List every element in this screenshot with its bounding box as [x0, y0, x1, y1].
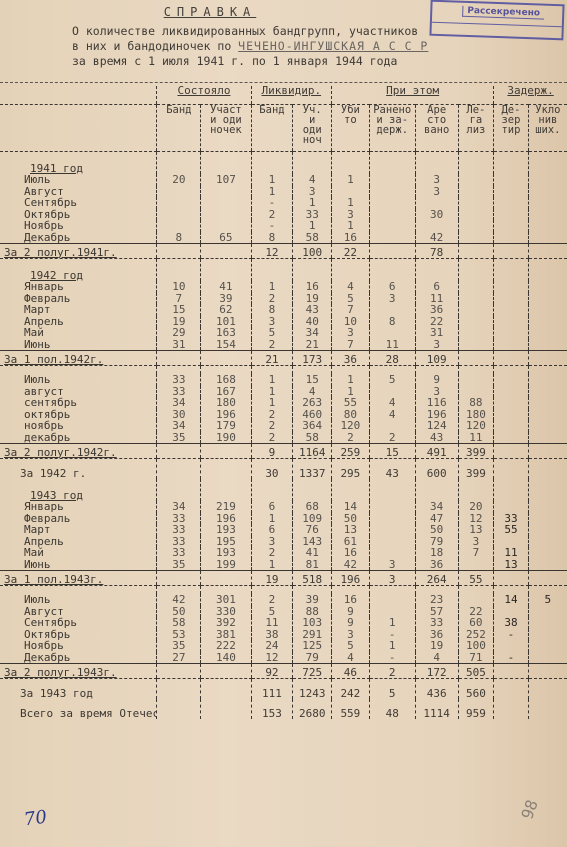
table-cell [528, 316, 567, 328]
table-cell: 55 [332, 397, 370, 409]
table-cell: 2 [251, 420, 293, 432]
table-cell [458, 479, 494, 501]
table-cell [415, 586, 458, 595]
column-header: Ле- га лиз [458, 105, 494, 152]
table-row: Август5033058895722 [0, 606, 567, 618]
table-cell: - [494, 652, 529, 664]
table-cell: 58 [157, 617, 201, 629]
table-cell: 15 [293, 374, 332, 386]
subtotal-row: За 1942 г.30133729543600399 [0, 459, 567, 480]
table-cell [201, 351, 251, 366]
table-cell: 196 [201, 513, 251, 525]
header-divider [0, 82, 567, 83]
table-row: Февраль33196110950471233 [0, 513, 567, 525]
row-label: За 1942 г. [0, 459, 157, 480]
table-cell: 13 [458, 524, 494, 536]
table-cell [369, 174, 415, 186]
table-cell: 8 [157, 232, 201, 244]
table-cell: 34 [157, 397, 201, 409]
table-cell: 1 [293, 197, 332, 209]
table-cell [369, 220, 415, 232]
table-cell [415, 220, 458, 232]
table-cell [494, 186, 529, 198]
table-row: Июнь311542217113 [0, 339, 567, 351]
table-cell: 55 [458, 571, 494, 586]
table-cell: 16 [332, 547, 370, 559]
table-cell: 4 [369, 397, 415, 409]
table-cell: 1 [332, 386, 370, 398]
table-cell [458, 259, 494, 282]
table-cell: 21 [251, 351, 293, 366]
table-cell [528, 664, 567, 679]
table-cell [369, 501, 415, 513]
table-cell: 20 [157, 174, 201, 186]
table-cell: 222 [201, 640, 251, 652]
table-cell [458, 281, 494, 293]
table-cell: 11 [458, 432, 494, 444]
year-heading-row: 1941 год [0, 152, 567, 175]
header-blank [0, 86, 157, 105]
table-cell [494, 220, 529, 232]
declassified-stamp-label: Рассекречено [462, 6, 544, 20]
table-cell: 36 [415, 629, 458, 641]
table-cell: 116 [415, 397, 458, 409]
table-cell [494, 409, 529, 421]
table-cell: 1243 [293, 679, 332, 700]
table-cell: 180 [458, 409, 494, 421]
table-cell: 3 [332, 209, 370, 221]
table-cell [201, 186, 251, 198]
table-row: Март1562843736 [0, 304, 567, 316]
table-cell [494, 244, 529, 259]
table-cell [293, 152, 332, 175]
table-cell [293, 259, 332, 282]
table-cell: 364 [293, 420, 332, 432]
table-cell: 29 [157, 327, 201, 339]
column-header: Уби то [332, 105, 370, 152]
table-cell: 109 [415, 351, 458, 366]
declassified-stamp: Рассекречено [429, 0, 564, 40]
table-cell [369, 259, 415, 282]
row-label: сентябрь [0, 397, 157, 409]
stamp-divider [432, 22, 562, 28]
table-cell [201, 366, 251, 375]
table-cell: 24 [251, 640, 293, 652]
table-row: Декабрь2714012794-471- [0, 652, 567, 664]
row-label: Декабрь [0, 232, 157, 244]
table-cell: 8 [251, 304, 293, 316]
table-cell: 88 [293, 606, 332, 618]
table-cell: 1337 [293, 459, 332, 480]
row-label: Октябрь [0, 629, 157, 641]
table-row: Июль423012391623145 [0, 594, 567, 606]
table-cell: 1 [251, 513, 293, 525]
table-cell [458, 366, 494, 375]
table-cell: 6 [251, 524, 293, 536]
table-cell: 190 [201, 432, 251, 444]
group-header-of-which: При этом [332, 86, 494, 105]
row-label: Август [0, 186, 157, 198]
table-row: Июль201071413 [0, 174, 567, 186]
table-cell [528, 679, 567, 700]
table-cell: 6 [369, 281, 415, 293]
table-cell [157, 197, 201, 209]
table-cell: 79 [293, 652, 332, 664]
table-cell [157, 664, 201, 679]
table-cell [494, 420, 529, 432]
table-row: Август133 [0, 186, 567, 198]
table-cell [458, 244, 494, 259]
table-cell: 109 [293, 513, 332, 525]
table-cell: 3 [332, 629, 370, 641]
row-label: Май [0, 547, 157, 559]
table-cell: 3 [369, 559, 415, 571]
table-row: Февраль7392195311 [0, 293, 567, 305]
table-cell: 34 [157, 501, 201, 513]
table-cell [528, 366, 567, 375]
subtotal-row: За 2 полуг.1942г.9116425915491399 [0, 444, 567, 459]
table-cell [458, 316, 494, 328]
table-cell [415, 152, 458, 175]
row-label: Октябрь [0, 209, 157, 221]
table-cell: 58 [293, 432, 332, 444]
table-cell [293, 586, 332, 595]
table-cell: 22 [332, 244, 370, 259]
table-cell [201, 244, 251, 259]
table-cell: 4 [332, 652, 370, 664]
table-cell [201, 197, 251, 209]
table-cell: 41 [293, 547, 332, 559]
table-cell: 92 [251, 664, 293, 679]
row-label: За 1943 год [0, 679, 157, 700]
table-cell: 14 [332, 501, 370, 513]
table-cell [458, 220, 494, 232]
table-cell: 120 [458, 420, 494, 432]
table-cell: 264 [415, 571, 458, 586]
table-cell: 242 [332, 679, 370, 700]
table-cell: 33 [157, 386, 201, 398]
subtitle-line-2-prefix: в них и бандодиночек по [72, 39, 238, 53]
column-header: Аре сто вано [415, 105, 458, 152]
table-cell: 28 [369, 351, 415, 366]
table-cell [369, 197, 415, 209]
table-cell: 15 [157, 304, 201, 316]
table-cell: 33 [293, 209, 332, 221]
table-cell [201, 152, 251, 175]
year-heading-row: 1942 год [0, 259, 567, 282]
row-label: Апрель [0, 536, 157, 548]
table-cell: 43 [415, 432, 458, 444]
table-cell: 16 [332, 232, 370, 244]
table-cell [369, 479, 415, 501]
table-cell: 436 [415, 679, 458, 700]
table-row: сентябрь34180126355411688 [0, 397, 567, 409]
table-cell [528, 640, 567, 652]
table-cell: 199 [201, 559, 251, 571]
table-cell [528, 479, 567, 501]
spacer-row [0, 366, 567, 375]
table-cell [494, 459, 529, 480]
table-cell: 42 [415, 232, 458, 244]
table-cell: 30 [157, 409, 201, 421]
table-cell: 195 [201, 536, 251, 548]
table-cell [332, 586, 370, 595]
table-cell [157, 152, 201, 175]
table-cell: 291 [293, 629, 332, 641]
table-cell: 180 [201, 397, 251, 409]
table-cell: 61 [332, 536, 370, 548]
table-cell: 30 [415, 209, 458, 221]
table-cell: - [494, 629, 529, 641]
table-row: Май331932411618711 [0, 547, 567, 559]
table-cell: 11 [369, 339, 415, 351]
table-cell: 959 [458, 699, 494, 719]
table-cell [528, 420, 567, 432]
table-cell [415, 479, 458, 501]
table-cell [528, 259, 567, 282]
table-cell: 38 [251, 629, 293, 641]
table-cell: 31 [157, 339, 201, 351]
row-label: Июнь [0, 559, 157, 571]
table-cell [369, 366, 415, 375]
table-cell [528, 244, 567, 259]
year-heading-row: 1943 год [0, 479, 567, 501]
table-cell: 50 [415, 524, 458, 536]
table-cell [201, 664, 251, 679]
table-cell: 36 [332, 351, 370, 366]
row-label: Июль [0, 374, 157, 386]
table-cell [415, 366, 458, 375]
table-cell [157, 444, 201, 459]
table-row: Январь34219668143420 [0, 501, 567, 513]
table-cell: 42 [332, 559, 370, 571]
row-label: Декабрь [0, 652, 157, 664]
table-cell [369, 547, 415, 559]
table-row: Декабрь8658581642 [0, 232, 567, 244]
table-cell [458, 594, 494, 606]
table-cell: 8 [369, 316, 415, 328]
table-row: август331671413 [0, 386, 567, 398]
table-cell: 13 [332, 524, 370, 536]
table-cell: 41 [201, 281, 251, 293]
table-cell [369, 304, 415, 316]
table-cell: 173 [293, 351, 332, 366]
table-cell: 505 [458, 664, 494, 679]
table-cell [494, 316, 529, 328]
table-cell: 39 [293, 594, 332, 606]
table-cell: 3 [251, 316, 293, 328]
table-cell: 7 [332, 304, 370, 316]
table-cell [494, 640, 529, 652]
table-cell [528, 617, 567, 629]
table-cell: 5 [528, 594, 567, 606]
table-cell: 16 [332, 594, 370, 606]
table-cell [494, 432, 529, 444]
table-cell: 7 [157, 293, 201, 305]
table-cell: 103 [293, 617, 332, 629]
table-cell [494, 501, 529, 513]
table-row: Январь1041116466 [0, 281, 567, 293]
table-row: декабрь35190258224311 [0, 432, 567, 444]
table-cell: 23 [415, 594, 458, 606]
table-cell: 30 [251, 459, 293, 480]
table-cell: 1 [251, 281, 293, 293]
table-row: Сентябрь583921110391336038 [0, 617, 567, 629]
table-cell [494, 293, 529, 305]
table-cell: 4 [415, 652, 458, 664]
table-cell: 124 [415, 420, 458, 432]
row-label [0, 586, 157, 595]
table-cell [458, 559, 494, 571]
row-label: Июль [0, 594, 157, 606]
table-cell [201, 220, 251, 232]
table-cell [415, 197, 458, 209]
table-cell [157, 679, 201, 700]
subtotal-row: За 1943 год11112432425436560 [0, 679, 567, 700]
table-cell [494, 536, 529, 548]
table-cell: 196 [415, 409, 458, 421]
table-cell: 12 [251, 652, 293, 664]
table-cell: - [369, 652, 415, 664]
table-cell [458, 174, 494, 186]
table-cell: 34 [415, 501, 458, 513]
row-label: Март [0, 524, 157, 536]
table-cell: 1 [251, 186, 293, 198]
table-row: Октябрь233330 [0, 209, 567, 221]
table-cell: 560 [458, 679, 494, 700]
table-cell: 2 [369, 432, 415, 444]
table-cell [458, 197, 494, 209]
table-cell [201, 479, 251, 501]
table-cell: 33 [157, 536, 201, 548]
table-cell: 15 [369, 444, 415, 459]
table-cell: 33 [157, 547, 201, 559]
table-cell [528, 209, 567, 221]
table-cell [528, 197, 567, 209]
subtitle-line-3: за время с 1 июля 1941 г. по 1 января 19… [72, 54, 397, 68]
table-cell: 1 [332, 197, 370, 209]
table-row: Октябрь53381382913-36252- [0, 629, 567, 641]
row-label: Июль [0, 174, 157, 186]
row-label: октябрь [0, 409, 157, 421]
table-cell: 31 [415, 327, 458, 339]
table-cell [494, 586, 529, 595]
table-cell: 57 [415, 606, 458, 618]
table-cell [494, 479, 529, 501]
table-cell [157, 571, 201, 586]
table-cell: 196 [201, 409, 251, 421]
table-cell: 111 [251, 679, 293, 700]
table-cell: 140 [201, 652, 251, 664]
table-cell [528, 536, 567, 548]
table-cell [528, 629, 567, 641]
subtotal-row: За 2 полуг.1943г.92725462172505 [0, 664, 567, 679]
table-cell: 3 [369, 571, 415, 586]
table-cell [528, 513, 567, 525]
table-cell [528, 652, 567, 664]
table-cell [458, 186, 494, 198]
table-cell: 35 [157, 640, 201, 652]
subtotal-row: За 1 пол.1943г.19518196326455 [0, 571, 567, 586]
column-header: Укло нив ших. [528, 105, 567, 152]
row-label [0, 366, 157, 375]
table-row: Апрель33195314361793 [0, 536, 567, 548]
table-cell [201, 679, 251, 700]
table-cell: 100 [293, 244, 332, 259]
table-cell [494, 259, 529, 282]
column-header: Де- зер тир [494, 105, 529, 152]
table-cell [458, 304, 494, 316]
table-cell: 491 [415, 444, 458, 459]
row-label: 1943 год [0, 479, 157, 501]
row-label: Февраль [0, 513, 157, 525]
table-cell [251, 152, 293, 175]
table-cell [528, 339, 567, 351]
table-cell: 27 [157, 652, 201, 664]
table-cell [369, 186, 415, 198]
table-cell: 252 [458, 629, 494, 641]
table-cell: 12 [251, 244, 293, 259]
table-cell: 143 [293, 536, 332, 548]
table-cell [157, 259, 201, 282]
table-cell [458, 386, 494, 398]
table-cell [494, 327, 529, 339]
table-cell [528, 281, 567, 293]
table-cell: 179 [201, 420, 251, 432]
table-cell [201, 459, 251, 480]
row-label: Январь [0, 501, 157, 513]
table-cell: 125 [293, 640, 332, 652]
row-label: Всего за время Отечеств.войны [0, 699, 157, 719]
table-cell: 263 [293, 397, 332, 409]
column-header: Ранено и за- держ. [369, 105, 415, 152]
table-cell [157, 244, 201, 259]
table-cell [369, 513, 415, 525]
table-cell: 8 [251, 232, 293, 244]
table-cell: 392 [201, 617, 251, 629]
row-label: Апрель [0, 316, 157, 328]
table-row: Июль33168115159 [0, 374, 567, 386]
table-cell [528, 186, 567, 198]
table-cell: 19 [157, 316, 201, 328]
table-cell: 2 [332, 432, 370, 444]
table-cell: 295 [332, 459, 370, 480]
table-cell [458, 232, 494, 244]
table-cell: 4 [293, 386, 332, 398]
table-cell: 34 [157, 420, 201, 432]
table-cell: 2 [251, 594, 293, 606]
table-cell: 11 [494, 547, 529, 559]
table-cell: 10 [157, 281, 201, 293]
table-cell: - [251, 220, 293, 232]
table-cell [458, 351, 494, 366]
table-cell: 3 [415, 186, 458, 198]
column-header: Уч. и оди ноч [293, 105, 332, 152]
table-cell: 2 [251, 409, 293, 421]
table-cell: 1114 [415, 699, 458, 719]
table-cell [157, 699, 201, 719]
row-label: Июнь [0, 339, 157, 351]
table-cell: 22 [415, 316, 458, 328]
table-cell [293, 366, 332, 375]
table-cell: 2 [251, 547, 293, 559]
table-cell: - [251, 197, 293, 209]
table-cell: 43 [369, 459, 415, 480]
table-cell [458, 586, 494, 595]
table-cell [201, 586, 251, 595]
table-cell [494, 664, 529, 679]
table-cell [494, 152, 529, 175]
